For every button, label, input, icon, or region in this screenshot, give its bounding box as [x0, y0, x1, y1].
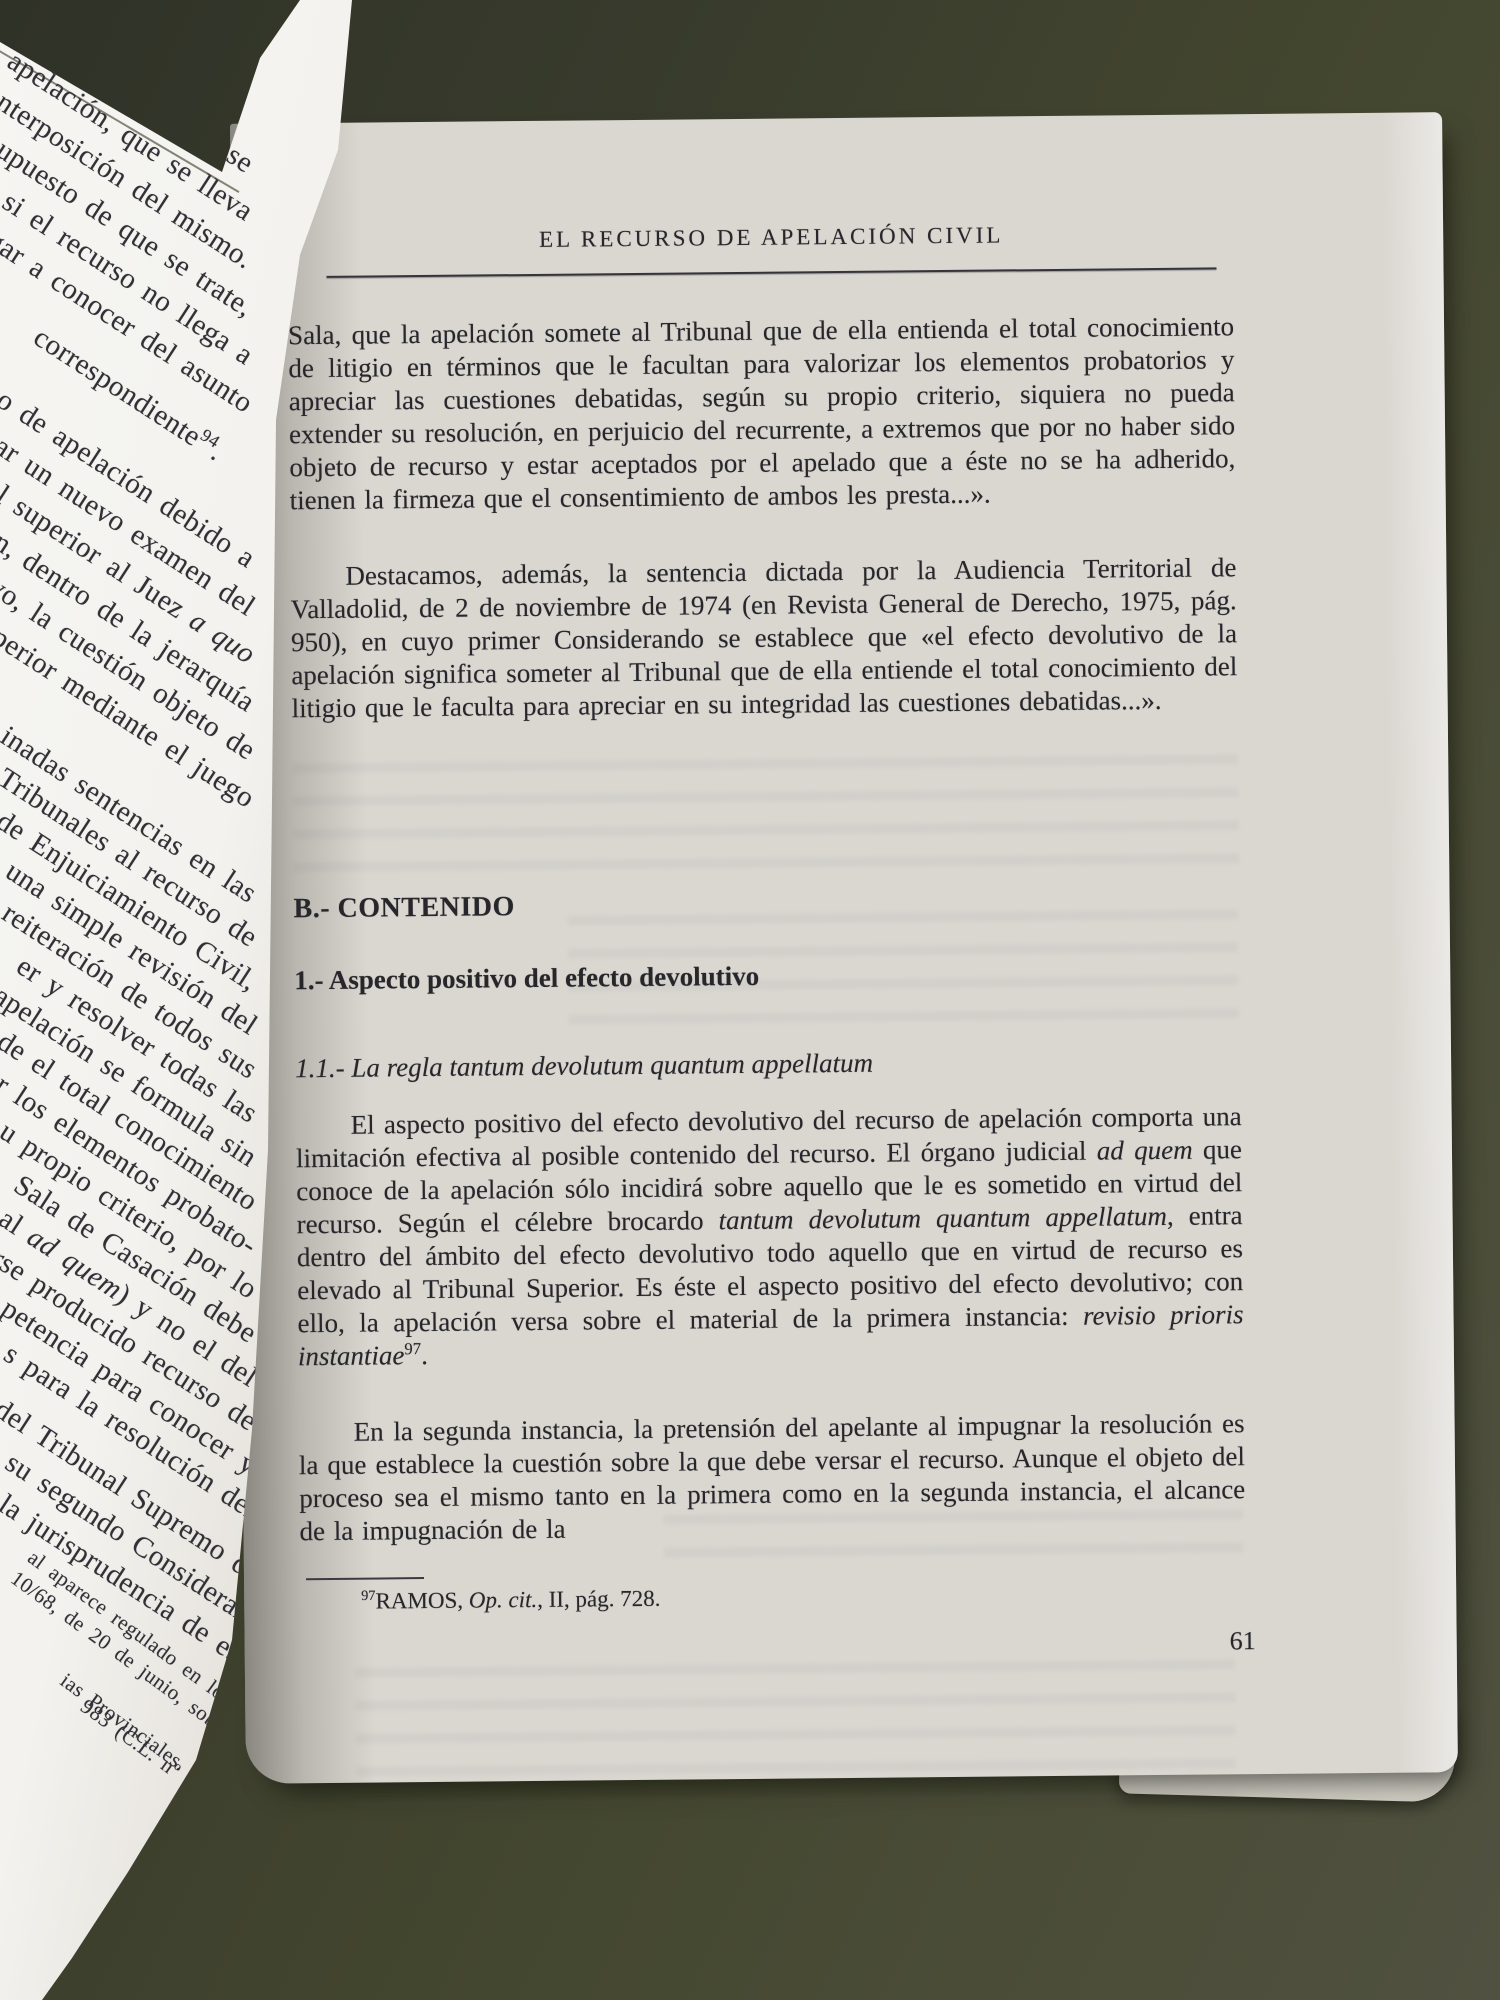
footnote-rule: [306, 1577, 424, 1580]
section-heading-1: 1.- Aspecto positivo del efecto devoluti…: [294, 961, 759, 996]
header-rule: [327, 267, 1217, 278]
page-number: 61: [1230, 1626, 1256, 1656]
paragraph: En la segunda instancia, la pretensión d…: [298, 1407, 1245, 1548]
footnote: 97RAMOS, Op. cit., II, pág. 728.: [306, 1578, 1252, 1616]
page-edge-sheen: [1382, 112, 1458, 1772]
section-heading-b: B.- CONTENIDO: [293, 891, 515, 925]
paragraph: Sala, que la apelación somete al Tribuna…: [288, 310, 1236, 517]
section-heading-1-1: 1.1.- La regla tantum devolutum quantum …: [295, 1048, 873, 1085]
ink-bleedthrough: [292, 754, 1239, 875]
ink-bleedthrough: [355, 1659, 1236, 1807]
right-page: EL RECURSO DE APELACIÓN CIVIL Sala, que …: [230, 112, 1458, 1784]
running-header: EL RECURSO DE APELACIÓN CIVIL: [326, 220, 1216, 255]
book-photo: EL RECURSO DE APELACIÓN CIVIL Sala, que …: [0, 0, 1500, 2000]
paragraph: El aspecto positivo del efecto devolutiv…: [296, 1100, 1244, 1373]
paragraph: Destacamos, además, la sentencia dictada…: [290, 551, 1238, 725]
